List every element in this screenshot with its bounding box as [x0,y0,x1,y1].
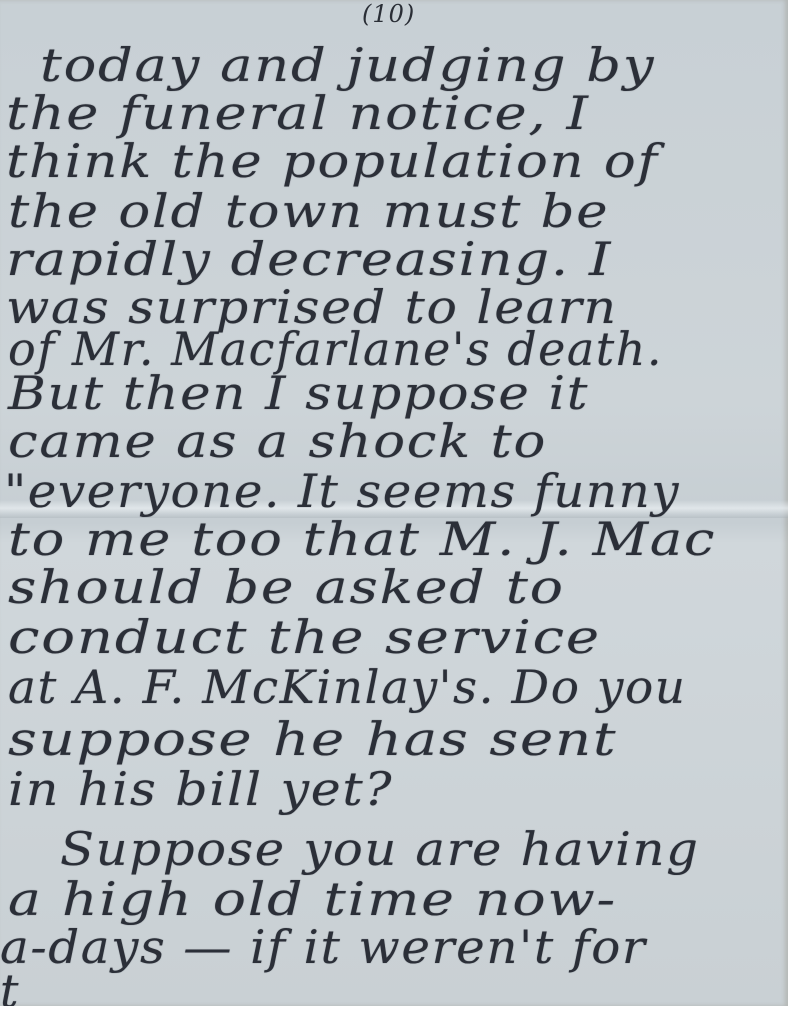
text-line-13: conduct the service [8,610,601,664]
text-line-3: think the population of [6,134,659,188]
text-line-11: to me too that M. J. Mac [8,512,716,566]
text-line-20: t [0,964,20,1006]
text-line-1: today and judging by [40,38,655,92]
text-line-15: suppose he has sent [8,712,617,766]
text-line-5: rapidly decreasing. I [6,232,612,286]
text-line-2: the funeral notice, I [6,86,590,140]
text-line-9: came as a shock to [8,414,547,468]
text-line-19: a-days — if it weren't for [0,920,647,974]
text-line-10: "everyone. It seems funny [4,464,680,518]
letter-page: (10) today and judging by the funeral no… [0,0,788,1006]
page-number: (10) [362,0,415,28]
text-line-18: a high old time now- [8,872,617,926]
text-line-12: should be asked to [8,560,565,614]
text-line-16: in his bill yet? [8,762,393,816]
text-line-14: at A. F. McKinlay's. Do you [8,660,686,714]
text-line-4: the old town must be [8,184,609,238]
text-line-8: But then I suppose it [8,366,589,420]
text-line-17: Suppose you are having [60,822,700,876]
